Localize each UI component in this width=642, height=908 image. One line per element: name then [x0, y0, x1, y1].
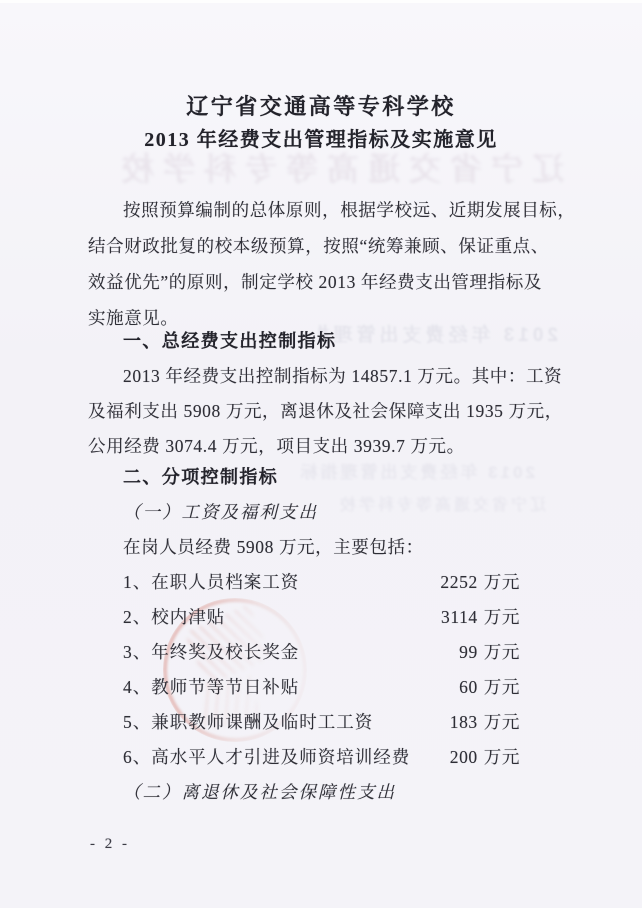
subsection-1-heading: （一）工资及福利支出 — [88, 495, 555, 530]
expense-list-item: 2、校内津贴 3114万元 — [88, 600, 555, 635]
intro-paragraph: 按照预算编制的总体原则，根据学校远、近期发展目标， 结合财政批复的校本级预算，按… — [88, 192, 555, 336]
item-unit: 万元 — [484, 747, 520, 767]
section-1: 一、总经费支出控制指标 2013 年经费支出控制指标为 14857.1 万元。其… — [88, 324, 555, 464]
item-unit: 万元 — [484, 677, 520, 697]
scanned-document-page: 辽宁省交通高等专科学校 2013 年经费支出管理指标及实施意见 2013 年经费… — [0, 0, 642, 908]
item-amount: 60万元 — [428, 670, 520, 705]
item-label: 5、兼职教师课酬及临时工工资 — [123, 705, 373, 740]
item-unit: 万元 — [484, 572, 520, 592]
item-unit: 万元 — [484, 642, 520, 662]
item-amount: 200万元 — [428, 740, 520, 775]
item-amount: 2252万元 — [428, 565, 520, 600]
page-number: - 2 - — [90, 836, 130, 853]
paragraph-line: 结合财政批复的校本级预算，按照“统筹兼顾、保证重点、 — [88, 228, 555, 264]
subsection-2-heading: （二）离退休及社会保障性支出 — [88, 775, 555, 810]
expense-list-item: 5、兼职教师课酬及临时工工资 183万元 — [88, 705, 555, 740]
paragraph-line: 按照预算编制的总体原则，根据学校远、近期发展目标， — [88, 192, 555, 228]
expense-list-item: 1、在职人员档案工资 2252万元 — [88, 565, 555, 600]
section-2-heading: 二、分项控制指标 — [88, 460, 555, 495]
expense-list-item: 3、年终奖及校长奖金 99万元 — [88, 635, 555, 670]
item-amount: 99万元 — [428, 635, 520, 670]
item-label: 6、高水平人才引进及师资培训经费 — [123, 740, 410, 775]
paragraph-line: 效益优先”的原则，制定学校 2013 年经费支出管理指标及 — [88, 264, 555, 300]
section-2: 二、分项控制指标 （一）工资及福利支出 在岗人员经费 5908 万元，主要包括：… — [88, 460, 555, 810]
item-label: 1、在职人员档案工资 — [123, 565, 299, 600]
document-subtitle: 2013 年经费支出管理指标及实施意见 — [0, 123, 642, 152]
item-label: 2、校内津贴 — [123, 600, 225, 635]
paragraph-line: 2013 年经费支出控制指标为 14857.1 万元。其中：工资 — [88, 359, 555, 394]
item-unit: 万元 — [484, 607, 520, 627]
expense-list-item: 6、高水平人才引进及师资培训经费 200万元 — [88, 740, 555, 775]
document-title: 辽宁省交通高等专科学校 — [0, 90, 642, 121]
expense-list-item: 4、教师节等节日补贴 60万元 — [88, 670, 555, 705]
item-label: 3、年终奖及校长奖金 — [123, 635, 299, 670]
item-label: 4、教师节等节日补贴 — [123, 670, 299, 705]
subsection-1-intro: 在岗人员经费 5908 万元，主要包括： — [88, 530, 555, 565]
paragraph-line: 及福利支出 5908 万元，离退休及社会保障支出 1935 万元， — [88, 394, 555, 429]
item-amount: 183万元 — [428, 705, 520, 740]
section-1-heading: 一、总经费支出控制指标 — [88, 324, 555, 359]
item-amount: 3114万元 — [428, 600, 520, 635]
paragraph-line: 公用经费 3074.4 万元，项目支出 3939.7 万元。 — [88, 429, 555, 464]
item-unit: 万元 — [484, 712, 520, 732]
